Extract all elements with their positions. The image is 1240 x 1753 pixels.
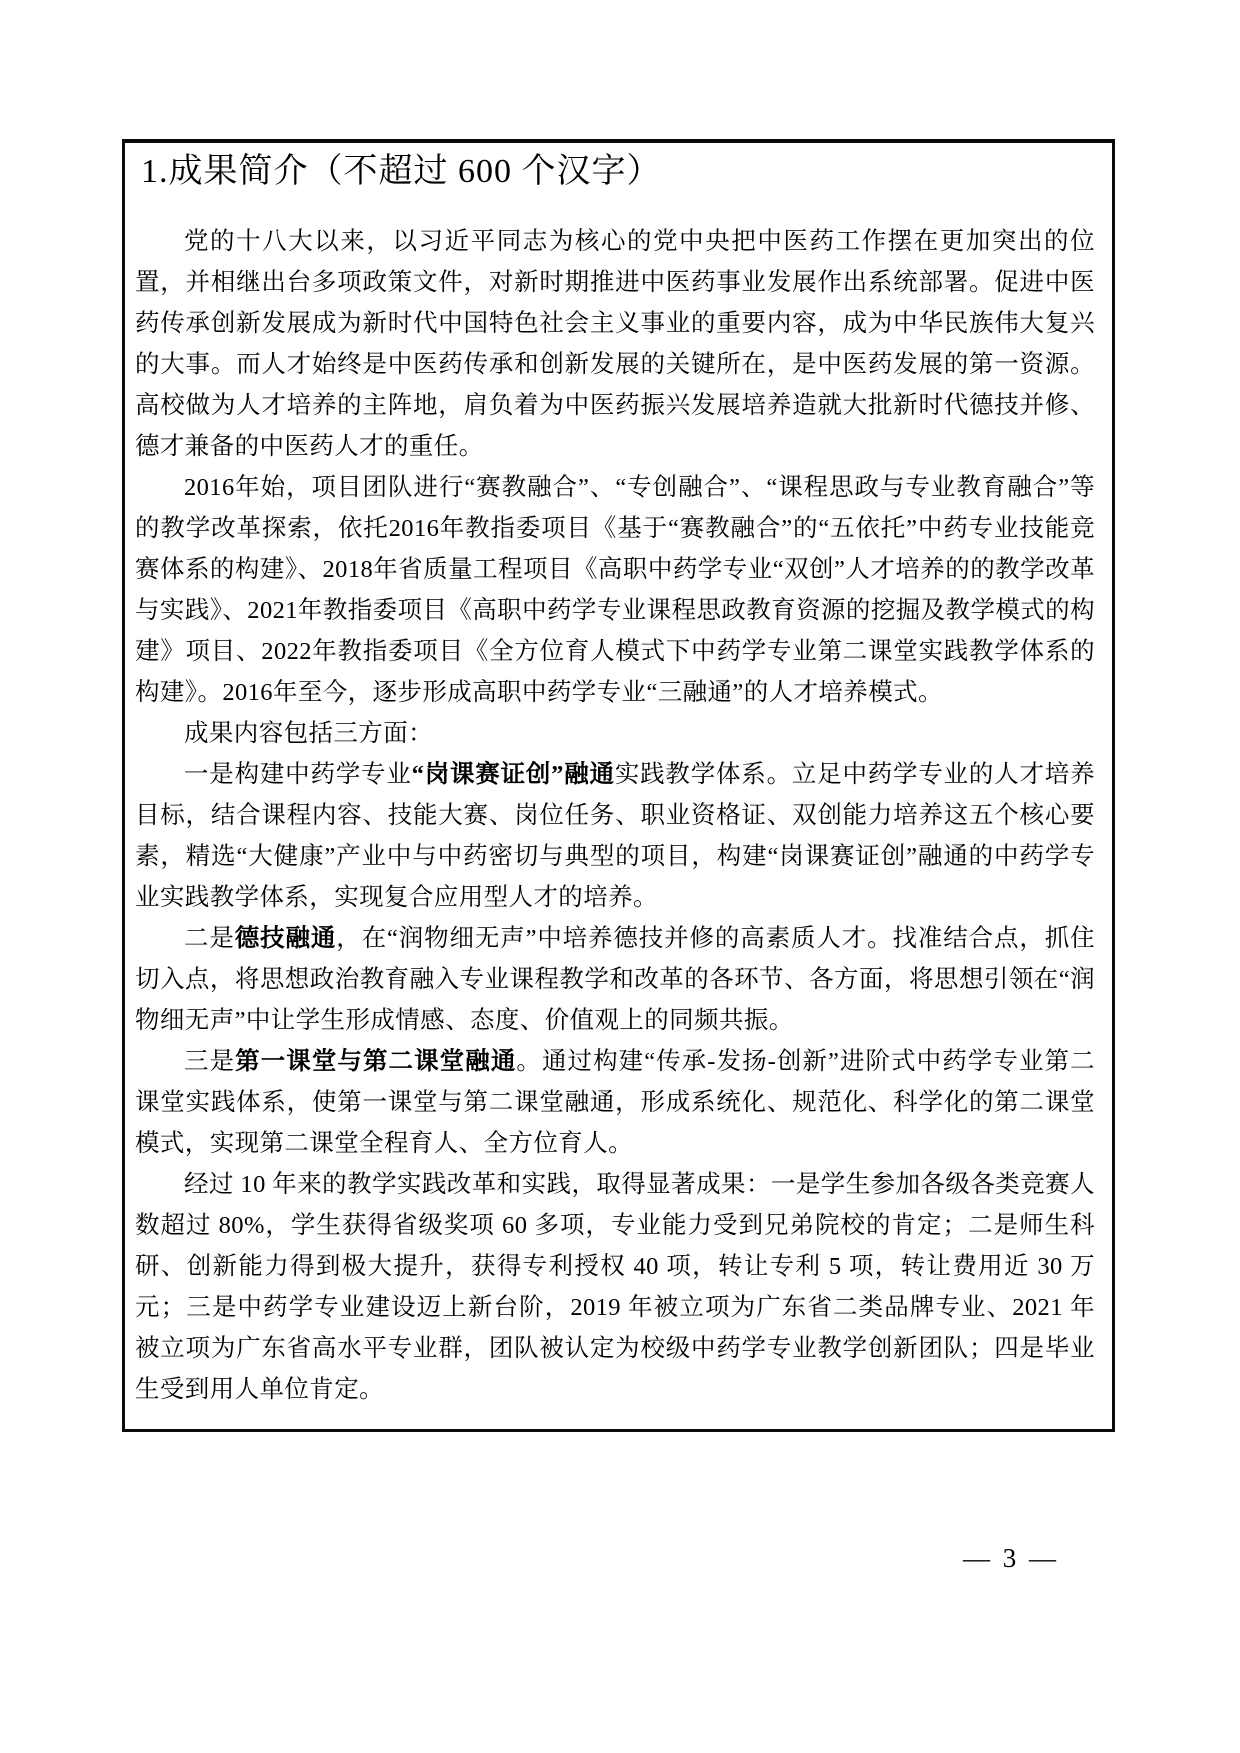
text-run: 三是 [184,1048,235,1075]
paragraph: 二是德技融通，在“润物细无声”中培养德技并修的高素质人才。找准结合点，抓住切入点… [135,918,1095,1041]
text-run: 经过 10 年来的教学实践改革和实践，取得显著成果：一是学生参加各级各类竞赛人数… [135,1171,1095,1403]
section-title: 1.成果简介（不超过 600 个汉字） [141,151,1095,194]
paragraph: 2016年始，项目团队进行“赛教融合”、“专创融合”、“课程思政与专业教育融合”… [135,467,1095,713]
text-run: 二是 [184,925,235,952]
bold-text-run: 第一课堂与第二课堂融通 [235,1048,516,1075]
bold-text-run: 德技融通 [235,925,336,952]
summary-section-frame: 1.成果简介（不超过 600 个汉字） 党的十八大以来，以习近平同志为核心的党中… [122,139,1115,1432]
paragraph: 成果内容包括三方面： [135,713,1095,754]
section-body: 党的十八大以来，以习近平同志为核心的党中央把中医药工作摆在更加突出的位置，并相继… [135,221,1095,1410]
paragraph: 三是第一课堂与第二课堂融通。通过构建“传承-发扬-创新”进阶式中药学专业第二课堂… [135,1041,1095,1164]
text-run: 一是构建中药学专业 [184,761,412,788]
paragraph: 一是构建中药学专业“岗课赛证创”融通实践教学体系。立足中药学专业的人才培养目标，… [135,754,1095,918]
paragraph: 经过 10 年来的教学实践改革和实践，取得显著成果：一是学生参加各级各类竞赛人数… [135,1164,1095,1410]
text-run: 2016年始，项目团队进行“赛教融合”、“专创融合”、“课程思政与专业教育融合”… [135,474,1095,706]
bold-text-run: “岗课赛证创”融通 [412,761,615,788]
text-run: 党的十八大以来，以习近平同志为核心的党中央把中医药工作摆在更加突出的位置，并相继… [135,228,1095,460]
paragraph: 党的十八大以来，以习近平同志为核心的党中央把中医药工作摆在更加突出的位置，并相继… [135,221,1095,467]
page-number: — 3 — [963,1543,1059,1574]
text-run: 成果内容包括三方面： [184,720,433,747]
